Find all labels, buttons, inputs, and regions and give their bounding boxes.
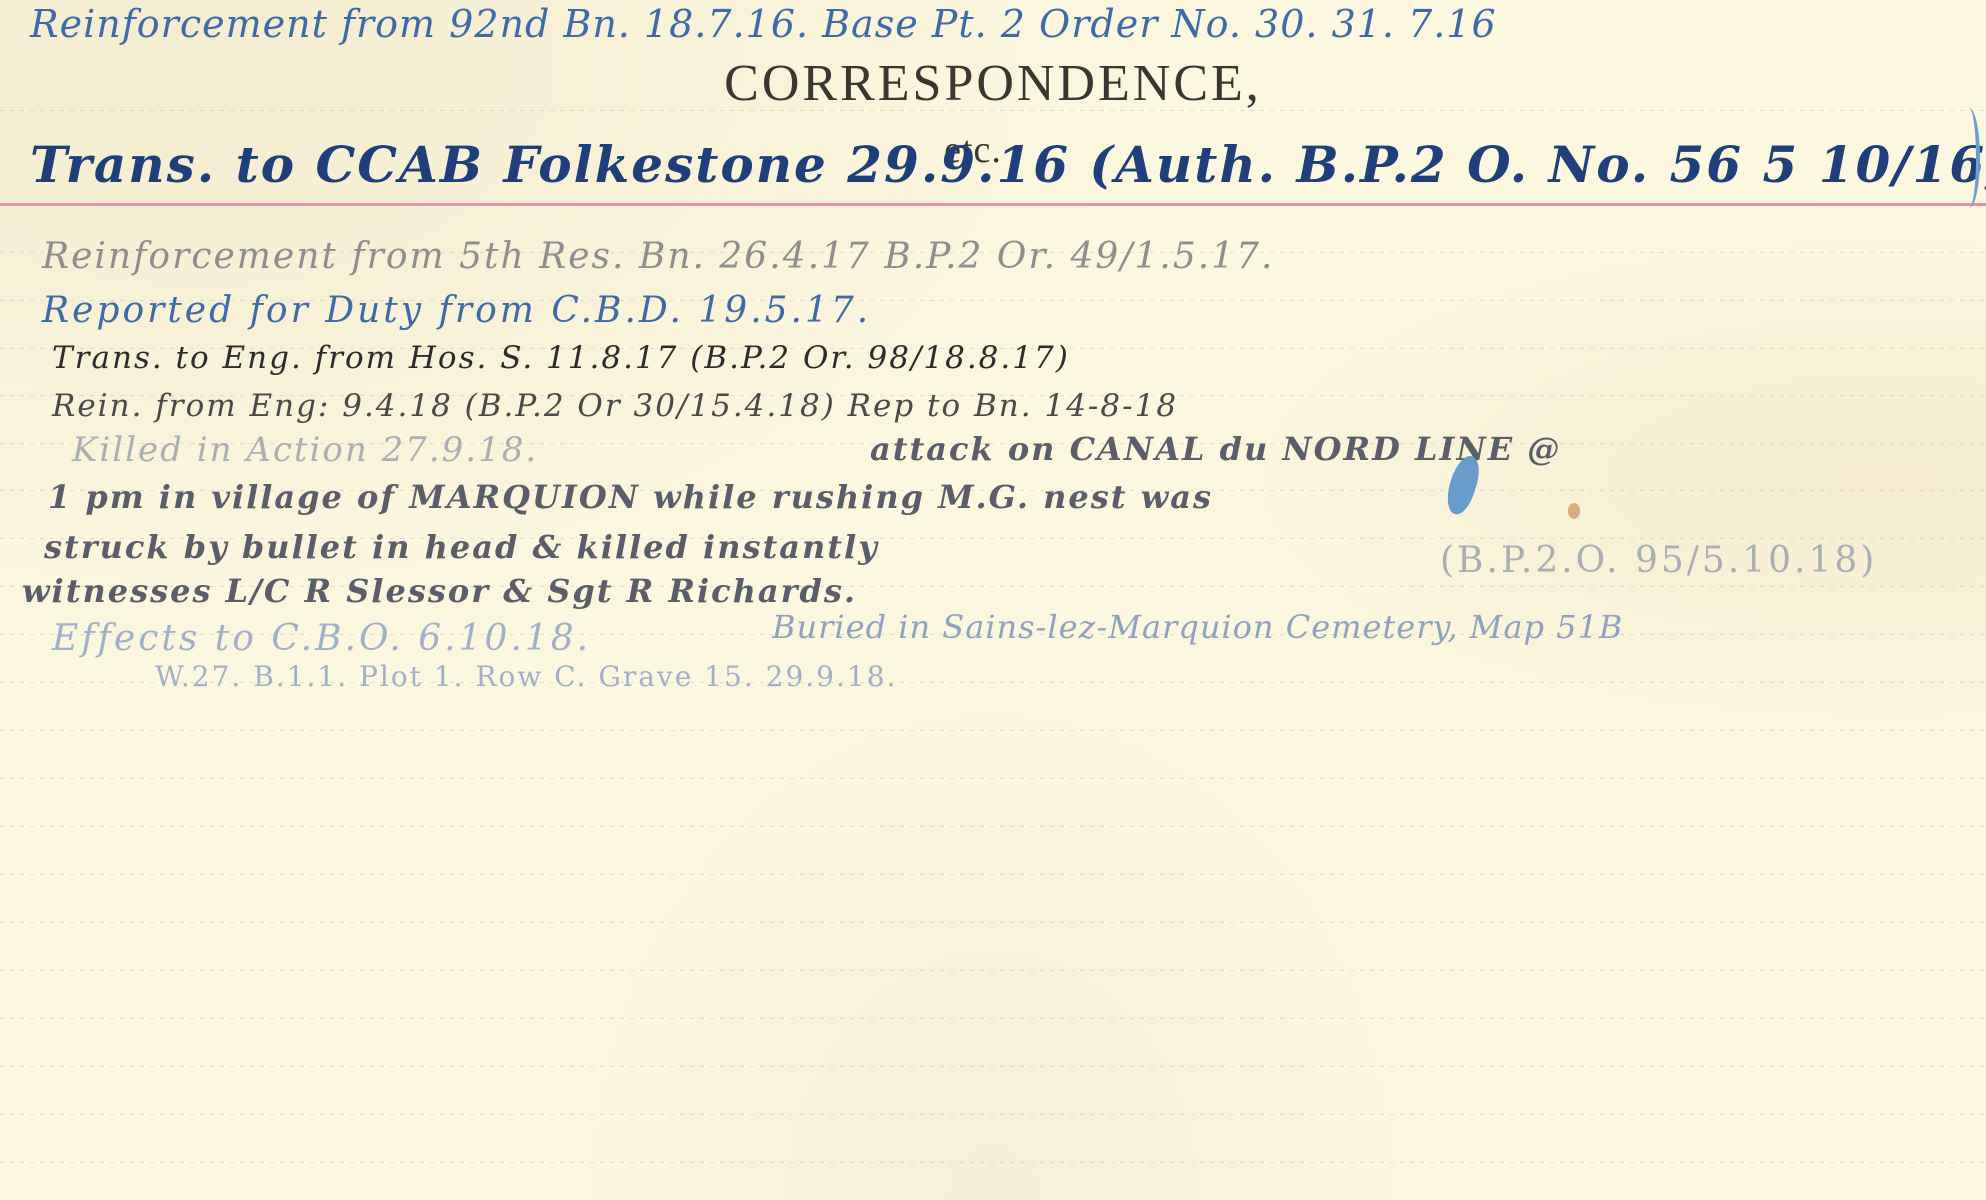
ruled-line [0, 826, 1986, 827]
ruled-line [0, 970, 1986, 971]
ruled-line [0, 1018, 1986, 1019]
entry-effects: Effects to C.B.O. 6.10.18. [52, 618, 591, 659]
entry-attack-note: attack on CANAL du NORD LINE @ [870, 430, 1561, 468]
entry-reinforcement-92nd: Reinforcement from 92nd Bn. 18.7.16. Bas… [30, 2, 1497, 46]
entry-grave-ref: W.27. B.1.1. Plot 1. Row C. Grave 15. 29… [155, 660, 897, 693]
entry-struck-note: struck by bullet in head & killed instan… [44, 528, 879, 566]
ruled-line [0, 874, 1986, 875]
entry-buried: Buried in Sains-lez-Marquion Cemetery, M… [772, 608, 1623, 646]
entry-bp-ref: (B.P.2.O. 95/5.10.18) [1440, 540, 1877, 581]
ruled-line [0, 730, 1986, 731]
card-heading: CORRESPONDENCE, [0, 54, 1986, 113]
ruled-line [0, 1162, 1986, 1163]
entry-village-note: 1 pm in village of MARQUION while rushin… [48, 478, 1213, 516]
ruled-line [0, 778, 1986, 779]
entry-trans-ccab: Trans. to CCAB Folkestone 29.9.16 (Auth.… [30, 135, 1986, 194]
entry-rein-from-eng: Rein. from Eng: 9.4.18 (B.P.2 Or 30/15.4… [52, 388, 1178, 424]
entry-witnesses-note: witnesses L/C R Slessor & Sgt R Richards… [22, 572, 857, 610]
entry-reinforcement-5th: Reinforcement from 5th Res. Bn. 26.4.17 … [42, 236, 1274, 277]
ruled-line [0, 922, 1986, 923]
red-margin-rule [0, 203, 1986, 206]
rust-stain [1568, 503, 1580, 519]
bracket-mark [1958, 108, 1980, 208]
ruled-line [0, 1066, 1986, 1067]
entry-reported-duty: Reported for Duty from C.B.D. 19.5.17. [42, 290, 871, 331]
entry-killed-in-action: Killed in Action 27.9.18. [72, 430, 538, 470]
ruled-line [0, 1114, 1986, 1115]
entry-trans-eng: Trans. to Eng. from Hos. S. 11.8.17 (B.P… [52, 340, 1070, 376]
correspondence-card: CORRESPONDENCE, etc. Reinforcement from … [0, 0, 1986, 1200]
